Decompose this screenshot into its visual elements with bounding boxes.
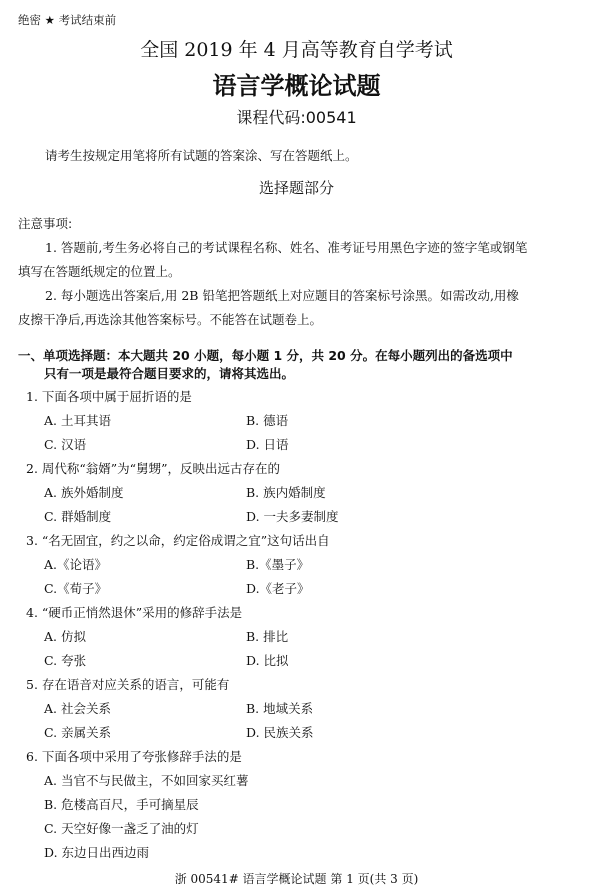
question-1-option-c: C. 汉语 (44, 435, 86, 453)
question-4-option-c: C. 夸张 (44, 651, 86, 669)
question-5-option-d: D. 民族关系 (246, 723, 314, 741)
page-footer: 浙 00541# 语言学概论试题 第 1 页(共 3 页) (0, 870, 593, 887)
note-2-line-2: 皮擦干净后,再选涂其他答案标号。不能答在试题卷上。 (18, 310, 322, 328)
question-1-stem: 1. 下面各项中属于屈折语的是 (26, 387, 192, 405)
note-1-line-1: 1. 答题前,考生务必将自己的考试课程名称、姓名、准考证号用黑色字迹的签字笔或钢… (45, 238, 527, 256)
question-2-option-c: C. 群婚制度 (44, 507, 111, 525)
question-2-option-a: A. 族外婚制度 (44, 483, 123, 501)
question-1-option-a: A. 土耳其语 (44, 411, 111, 429)
question-6-option-a: A. 当官不与民做主，不如回家买红薯 (44, 771, 248, 789)
course-code: 课程代码:00541 (0, 105, 593, 128)
part-one-heading-line-1: 一、单项选择题：本大题共 20 小题，每小题 1 分，共 20 分。在每小题列出… (18, 346, 513, 364)
question-3-option-b: B.《墨子》 (246, 555, 309, 573)
question-4-stem: 4. “硬币正悄然退休”采用的修辞手法是 (26, 603, 242, 621)
question-6-option-d: D. 东边日出西边雨 (44, 843, 149, 861)
note-1-line-2: 填写在答题纸规定的位置上。 (18, 262, 181, 280)
question-5-stem: 5. 存在语音对应关系的语言，可能有 (26, 675, 229, 693)
question-2-option-d: D. 一夫多妻制度 (246, 507, 339, 525)
part-one-heading-line-2: 只有一项是最符合题目要求的，请将其选出。 (44, 364, 294, 382)
secret-mark: 绝密 ★ 考试结束前 (18, 12, 116, 28)
instruction: 请考生按规定用笔将所有试题的答案涂、写在答题纸上。 (45, 146, 358, 164)
question-3-option-c: C.《荀子》 (44, 579, 107, 597)
question-5-option-c: C. 亲属关系 (44, 723, 111, 741)
note-2-line-1: 2. 每小题选出答案后,用 2B 铅笔把答题纸上对应题目的答案标号涂黑。如需改动… (45, 286, 519, 304)
section-title: 选择题部分 (0, 177, 593, 198)
question-6-stem: 6. 下面各项中采用了夸张修辞手法的是 (26, 747, 242, 765)
question-5-option-b: B. 地域关系 (246, 699, 313, 717)
question-4-option-b: B. 排比 (246, 627, 288, 645)
question-3-option-d: D.《老子》 (246, 579, 310, 597)
notes-title: 注意事项: (18, 214, 72, 232)
exam-title: 全国 2019 年 4 月高等教育自学考试 (0, 35, 593, 62)
question-1-option-d: D. 日语 (246, 435, 289, 453)
question-6-option-b: B. 危楼高百尺，手可摘星辰 (44, 795, 199, 813)
question-4-option-a: A. 仿拟 (44, 627, 86, 645)
subject-title: 语言学概论试题 (0, 66, 593, 101)
question-4-option-d: D. 比拟 (246, 651, 289, 669)
question-6-option-c: C. 天空好像一盏乏了油的灯 (44, 819, 199, 837)
question-2-option-b: B. 族内婚制度 (246, 483, 326, 501)
question-2-stem: 2. 周代称“翁婿”为“舅甥”，反映出远古存在的 (26, 459, 280, 477)
question-1-option-b: B. 德语 (246, 411, 288, 429)
question-3-stem: 3. “名无固宜，约之以命，约定俗成谓之宜”这句话出自 (26, 531, 330, 549)
question-3-option-a: A.《论语》 (44, 555, 107, 573)
question-5-option-a: A. 社会关系 (44, 699, 111, 717)
